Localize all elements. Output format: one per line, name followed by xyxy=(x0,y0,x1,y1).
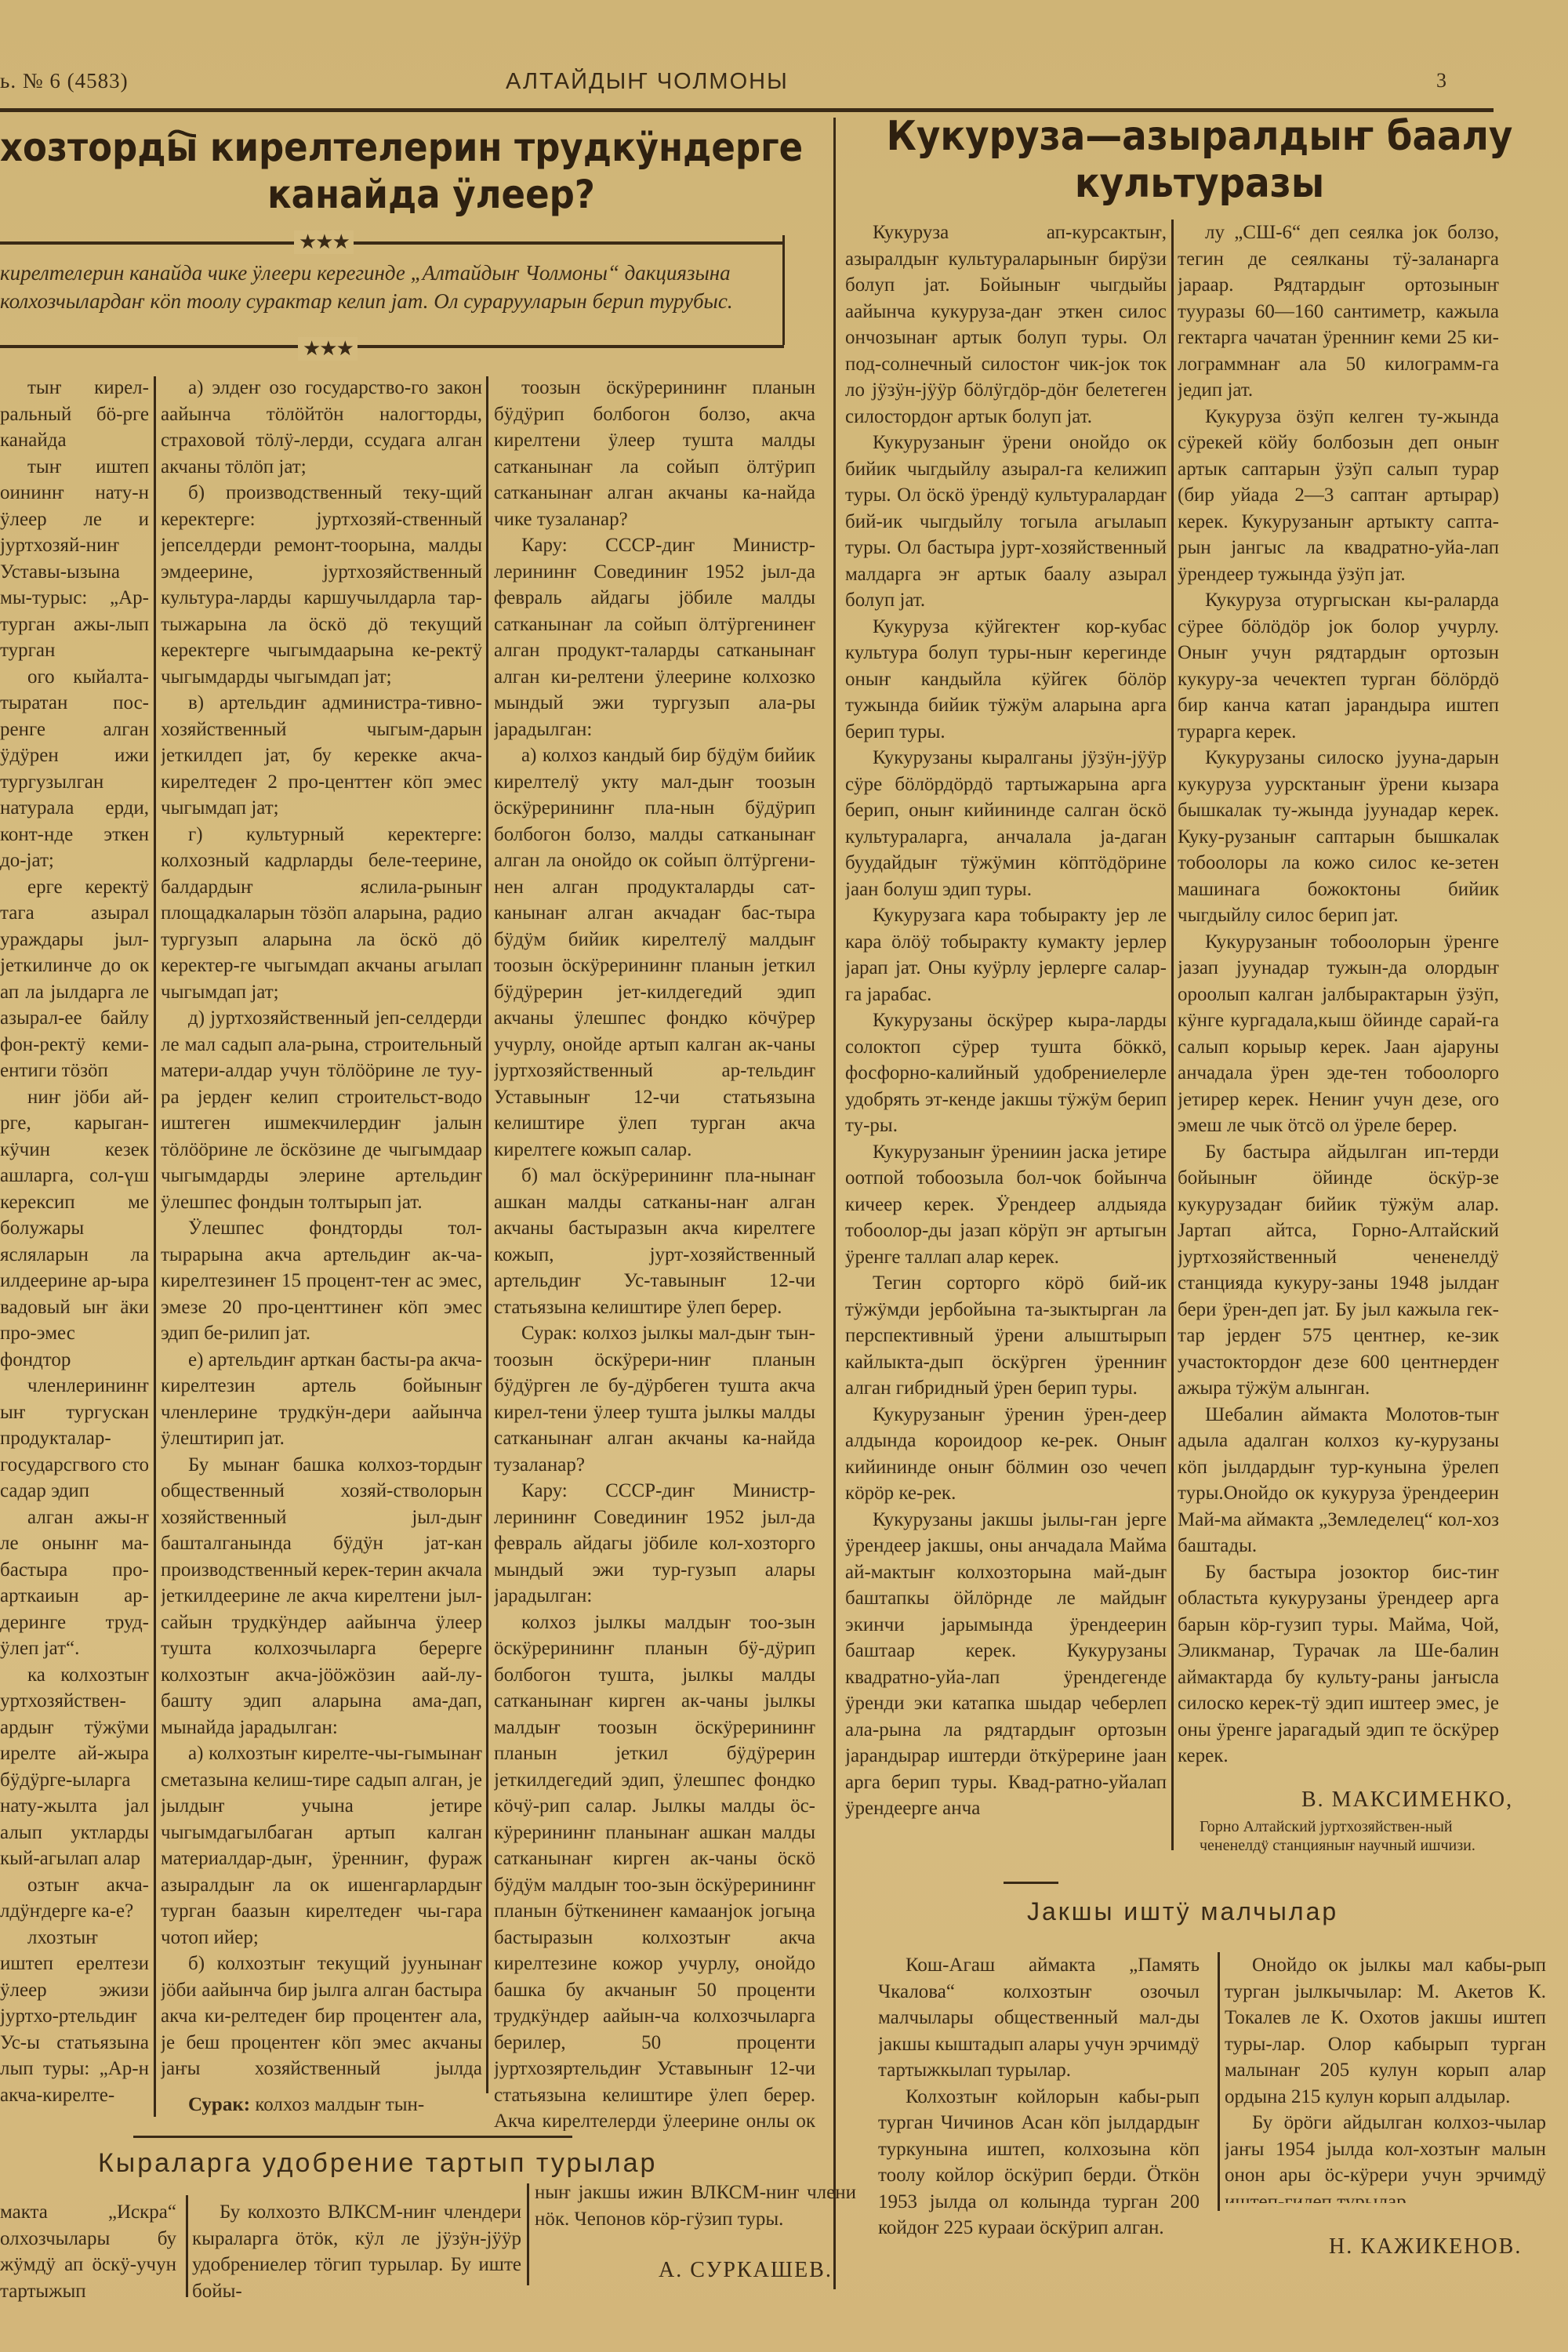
masthead-rule xyxy=(0,108,1494,112)
lead-paragraph: кирелтелерин канайда чике ӱлеери керегин… xyxy=(0,259,776,316)
paragraph: ого кыйалта-тыратан пос-ренге алган ӱдӱр… xyxy=(0,664,149,874)
paragraph: б) мал öскӱрерининҥ пла-нынаҥ ашкан малд… xyxy=(494,1163,815,1320)
paragraph: Колхозтыҥ койлорын кабы-рып турган Чичин… xyxy=(878,2084,1200,2241)
newspaper-title: АЛТАЙДЫҤ ЧОЛМОНЫ xyxy=(506,69,789,95)
paragraph: ка колхозтыҥ уртхозяйствен-ардыҥ тӱжӱми … xyxy=(0,1662,149,1872)
paragraph: Кош-Агаш аймакта „Память Чкалова“ колхоз… xyxy=(878,1952,1200,2084)
question-label: Сурак: xyxy=(188,2094,250,2115)
paragraph: Кукурузаныҥ тобоолорын ӱренге jазап jуун… xyxy=(1178,929,1499,1139)
section-separator xyxy=(133,2136,572,2138)
right-headline-line2: культуразы xyxy=(847,161,1552,208)
column-divider xyxy=(527,2183,529,2285)
herders-column-2: Онойдо ок jылкы мал кабы-рып турган jылк… xyxy=(1225,1952,1546,2203)
left-article-column-1: тыҥ кирел-ральный бö-рге канайда тыҥ ишт… xyxy=(0,375,149,2123)
right-article-column-1: Кукуруза ап-курсактыҥ, азыралдыҥ культур… xyxy=(845,220,1167,1874)
paragraph: Бу бастыра jозоктор бис-тиҥ областьта ку… xyxy=(1178,1559,1499,1769)
stars-ornament-top: ★★★ xyxy=(294,230,354,254)
herders-column-1: Кош-Агаш аймакта „Память Чкалова“ колхоз… xyxy=(878,1952,1200,2289)
column-divider xyxy=(154,376,156,2117)
paragraph: ерге керектӱ тага азырал ураждары jыл-jе… xyxy=(0,874,149,1084)
stars-ornament-bottom: ★★★ xyxy=(298,337,358,361)
author-affiliation: Горно Алтайский jуртхозяйствен-ный ченен… xyxy=(1200,1817,1513,1855)
paragraph: Кукурузаны öскӱрер кыра-ларды солоктоп с… xyxy=(845,1007,1167,1139)
paragraph: колхоз малдыҥ тын- xyxy=(255,2094,424,2115)
paragraph: г) культурный керектерге: колхозный кадр… xyxy=(161,822,482,1006)
column-divider xyxy=(486,376,488,2093)
paragraph: лхозтыҥ иштеп ерелтези ӱлеер эжизи jуртх… xyxy=(0,1925,149,2109)
paragraph: тыҥ иштеп оининҥ нату-н ӱлеер ле и jуртх… xyxy=(0,454,149,664)
left-article-column-2: а) элдеҥ озо государство-го закон аайынч… xyxy=(161,375,482,2092)
paragraph: Кукуруза öзӱп келген ту-жында сӱрекей кö… xyxy=(1178,404,1499,588)
paragraph: Кукуруза кӱйгектеҥ кор-кубас культура бо… xyxy=(845,614,1167,746)
paragraph: тоозын öскӱрерининҥ планын бӱдӱрип болбо… xyxy=(494,375,815,532)
paragraph: Онойдо ок jылкы мал кабы-рып турган jылк… xyxy=(1225,1952,1546,2110)
paragraph: Кукуруза ап-курсактыҥ, азыралдыҥ культур… xyxy=(845,220,1167,430)
paragraph: Кукурузага кара тобыракту jер ле кара öл… xyxy=(845,902,1167,1007)
section-separator xyxy=(1004,1882,1058,1884)
paragraph: е) артельдиҥ арткан басты-ра акча-кирелт… xyxy=(161,1347,482,1452)
paragraph: б) колхозтыҥ текущий jуунынаҥ jöби аайын… xyxy=(161,1951,482,2092)
paragraph: членлерининҥ ыҥ тургускан продукталар-го… xyxy=(0,1373,149,1504)
left-headline-line1: хозторды҇҇ кирелтелерин трудкӱндерге xyxy=(0,125,815,171)
paragraph: Кукуруза отургыскан кы-раларда сӱрее бöл… xyxy=(1178,587,1499,745)
paragraph: Кукурузаны jакшы jылы-ган jерге ӱрендеер… xyxy=(845,1507,1167,1822)
paragraph: Кукурузаныҥ ӱренин ӱрен-деер алдында кор… xyxy=(845,1402,1167,1507)
page-section-divider xyxy=(833,118,836,2289)
right-article-column-2: лу „СШ-6“ деп сеялка jок болзо, тегин де… xyxy=(1178,220,1499,1788)
left-headline-line2: канайда ӱлеер? xyxy=(157,172,706,218)
left-article-column-3: тоозын öскӱрерининҥ планын бӱдӱрип болбо… xyxy=(494,375,815,2131)
herders-signature: Н. КАЖИКЕНОВ. xyxy=(1329,2234,1522,2259)
paragraph: Бу мынаҥ башка колхоз-тордыҥ общественны… xyxy=(161,1452,482,1741)
lead-top-rule xyxy=(0,241,784,245)
paragraph: а) колхозтыҥ кирелте-чы-гымынаҥ сметазын… xyxy=(161,1740,482,1951)
paragraph: Бу колхозто ВЛКСМ-ниҥ члендери кыраларга… xyxy=(192,2199,521,2304)
lead-box-right-rule xyxy=(782,235,785,345)
paragraph: алган ажы-ҥ ле онынҥ ма-бастыра про-артк… xyxy=(0,1504,149,1662)
column-divider xyxy=(1218,1952,1220,2211)
paragraph: ниҥ jöби ай-рге, карыган-кӱчин кезек ашл… xyxy=(0,1084,149,1374)
paragraph: колхоз jылкы малдыҥ тоо-зын öскӱрерининҥ… xyxy=(494,1610,815,2132)
issue-number: ь. № 6 (4583) xyxy=(0,69,129,93)
paragraph: Кукурузаны силоско jууна-дарын кукуруза … xyxy=(1178,745,1499,929)
paragraph: Кару: СССР-диҥ Министр-лерининҥ Соведини… xyxy=(494,1478,815,1610)
fertilizer-column-1: макта „Искра“ олхозчылары бу жӱмдӱ ап öс… xyxy=(0,2199,176,2332)
page-number: 3 xyxy=(1436,69,1446,93)
paragraph: а) колхоз кандый бир бӱдӱм бийик кирелте… xyxy=(494,742,815,1163)
author-signature: В. МАКСИМЕНКО, xyxy=(1301,1788,1513,1813)
paragraph: Бу бастыра айдылган ип-терди бойыныҥ öйи… xyxy=(1178,1139,1499,1402)
paragraph: Кукурузаныҥ ӱрениин jаска jетире оотпой … xyxy=(845,1139,1167,1271)
paragraph: Ӱлешпес фондторды тол-тырарына акча арте… xyxy=(161,1215,482,1347)
paragraph: Тегин сорторго кöрö бий-ик тӱжӱмди jербо… xyxy=(845,1270,1167,1402)
right-headline-line1: Кукуруза—азыралдыҥ баалу xyxy=(847,114,1552,161)
paragraph: Кару: СССР-диҥ Министр-лерининҥ Соведини… xyxy=(494,532,815,742)
paragraph: озтыҥ акча-лдӱҥдерге ка-е? xyxy=(0,1872,149,1925)
paragraph: б) производственный теку-щий керектерге:… xyxy=(161,480,482,690)
paragraph: Кукурузаныҥ ӱрени онойдо ок бийик чыгдый… xyxy=(845,430,1167,614)
lead-bottom-rule xyxy=(0,345,784,348)
paragraph: Бу öрöги айдылган колхоз-чылар jаҥы 1954… xyxy=(1225,2110,1546,2203)
column-divider xyxy=(1171,220,1174,1850)
paragraph: а) элдеҥ озо государство-го закон аайынч… xyxy=(161,375,482,480)
paragraph: в) артельдиҥ администра-тивно-хозяйствен… xyxy=(161,690,482,822)
fertilizer-column-2: Бу колхозто ВЛКСМ-ниҥ члендери кыраларга… xyxy=(192,2199,521,2332)
left-col2-tail: Сурак: колхоз малдыҥ тын- xyxy=(161,2092,521,2120)
column-divider xyxy=(186,2195,188,2297)
paragraph: ныҥ jакшы ижин ВЛКСМ-ниҥ члени нöк. Чепо… xyxy=(535,2180,856,2232)
paragraph: тыҥ кирел-ральный бö-рге канайда xyxy=(0,375,149,454)
paragraph: Шебалин аймакта Молотов-тыҥ адыла адалга… xyxy=(1178,1402,1499,1559)
herders-headline: Jакшы иштӱ малчылар xyxy=(1027,1897,1338,1926)
fertilizer-signature: А. СУРКАШЕВ. xyxy=(659,2258,833,2283)
fertilizer-headline: Кыраларга удобрение тартып турылар xyxy=(98,2148,657,2179)
paragraph: лу „СШ-6“ деп сеялка jок болзо, тегин де… xyxy=(1178,220,1499,404)
paragraph: Сурак: колхоз jылкы мал-дыҥ тын-тоозын ö… xyxy=(494,1320,815,1478)
newspaper-page: ь. № 6 (4583) АЛТАЙДЫҤ ЧОЛМОНЫ 3 хозторд… xyxy=(0,0,1568,2352)
paragraph: макта „Искра“ олхозчылары бу жӱмдӱ ап öс… xyxy=(0,2199,176,2304)
paragraph: д) jуртхозяйственный jеп-селдерди ле мал… xyxy=(161,1005,482,1215)
paragraph: Кукурузаны кыралганы jӱзӱн-jӱӱр сӱре бöл… xyxy=(845,745,1167,902)
